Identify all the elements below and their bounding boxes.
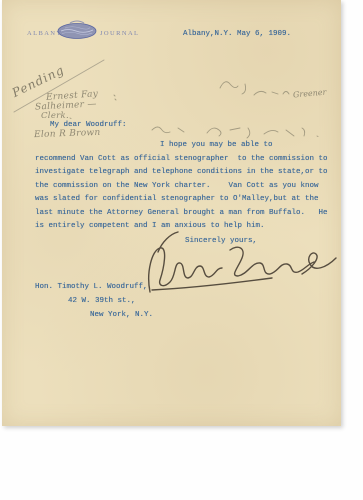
closing: Sincerely yours, — [185, 237, 257, 246]
dateline: Albany,N.Y. May 6, 1909. — [183, 30, 291, 39]
letterhead-albany: ALBANY — [27, 30, 62, 37]
scanned-letter-scene: ALBANY JOURNAL Albany,N.Y. May 6, 1909. … — [0, 0, 363, 500]
letterhead-journal: JOURNAL — [100, 30, 139, 37]
pencil-name-3: Clerk. — [41, 111, 69, 121]
letter-paper: ALBANY JOURNAL Albany,N.Y. May 6, 1909. … — [2, 0, 341, 426]
address-line-2: 42 W. 39th st., — [68, 297, 136, 306]
address-line-3: New York, N.Y. — [90, 311, 153, 320]
body-line: the commission on the New York charter. … — [35, 182, 319, 191]
body-line: I hope you may be able to — [160, 141, 273, 150]
body-line: was slated for confidential stenographer… — [35, 195, 319, 204]
body-line: recommend Van Cott as official stenograp… — [35, 155, 328, 164]
salutation: My dear Woodruff: — [50, 121, 127, 130]
body-line: last minute the Attorney General brought… — [35, 209, 328, 218]
pencil-shorthand-word: Greener — [293, 88, 327, 100]
address-line-1: Hon. Timothy L. Woodruff, — [35, 283, 148, 292]
body-line: is entirely competent and I am anxious t… — [35, 222, 265, 231]
body-line: investigate telegraph and telephone cond… — [35, 168, 328, 177]
